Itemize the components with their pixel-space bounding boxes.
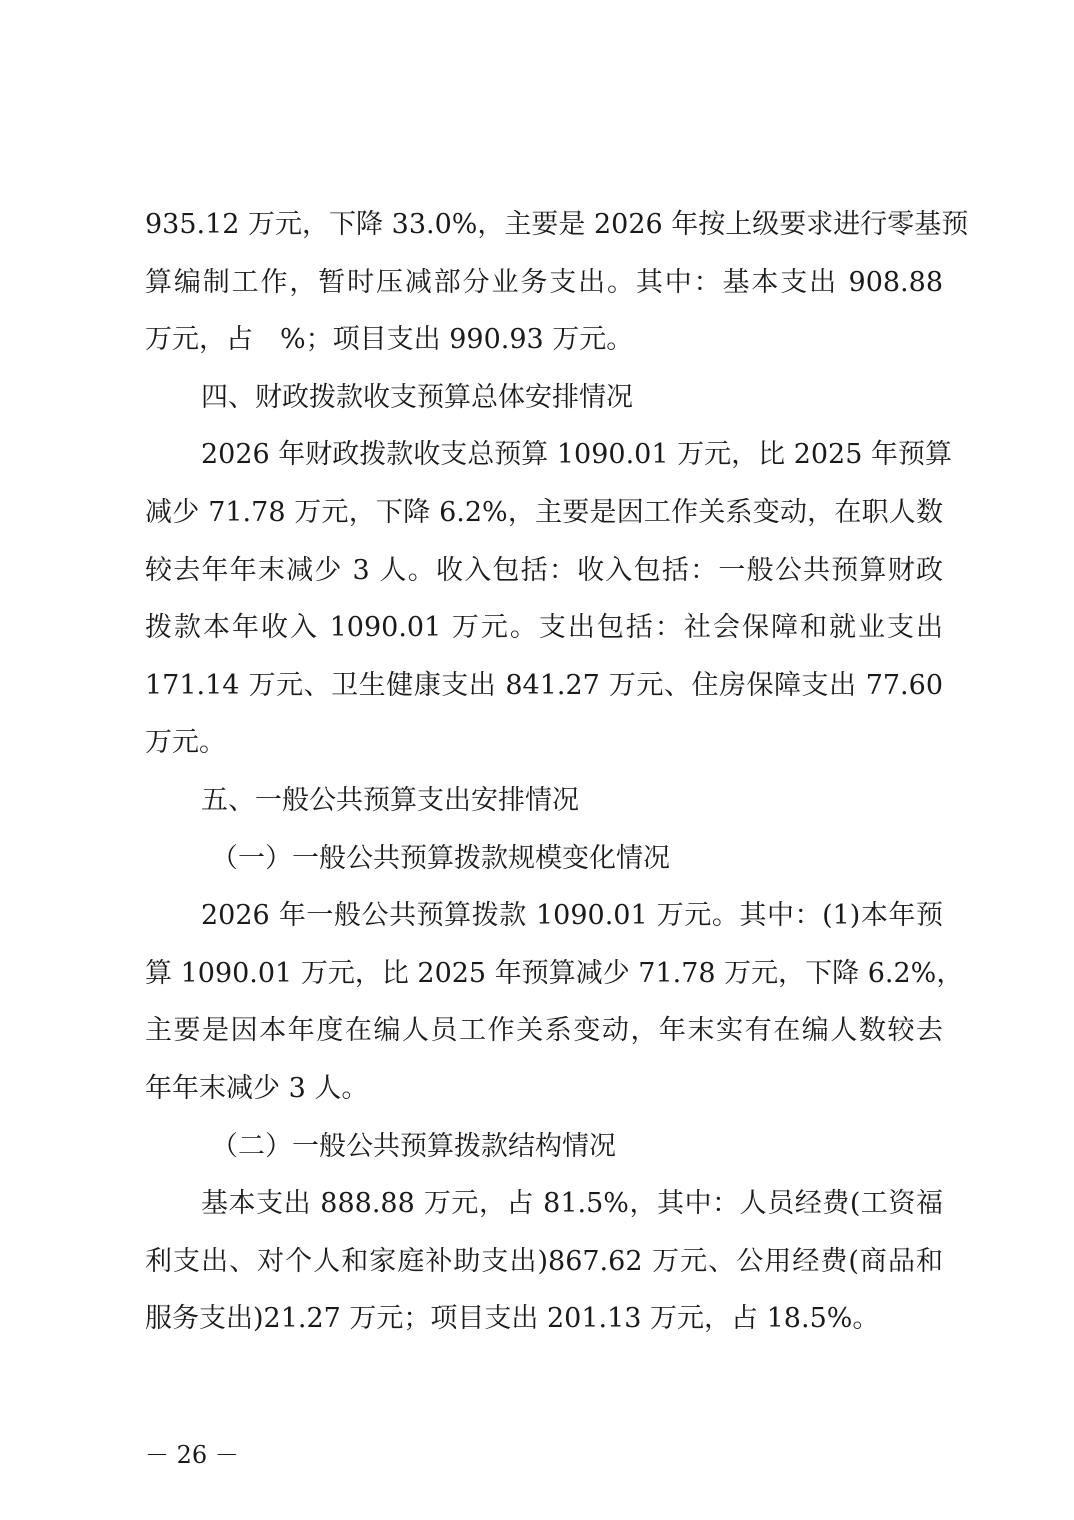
paragraph-line: 服务支出)21.27 万元；项目支出 201.13 万元，占 18.5%。 [145, 1290, 943, 1348]
subsection-heading-1: （一）一般公共预算拨款规模变化情况 [145, 830, 943, 888]
paragraph-line: 2026 年一般公共预算拨款 1090.01 万元。其中：(1)本年预 [145, 887, 943, 945]
paragraph-line: 主要是因本年度在编人员工作关系变动，年末实有在编人数较去 [145, 1002, 943, 1060]
paragraph-line: 算编制工作，暂时压减部分业务支出。其中：基本支出 908.88 [145, 254, 943, 312]
document-page: 935.12 万元，下降 33.0%，主要是 2026 年按上级要求进行零基预 … [0, 0, 1074, 1520]
paragraph-line: 拨款本年收入 1090.01 万元。支出包括：社会保障和就业支出 [145, 599, 943, 657]
subsection-heading-2: （二）一般公共预算拨款结构情况 [145, 1118, 943, 1176]
paragraph-line: 935.12 万元，下降 33.0%，主要是 2026 年按上级要求进行零基预 [145, 196, 943, 254]
paragraph-line: 算 1090.01 万元，比 2025 年预算减少 71.78 万元，下降 6.… [145, 945, 943, 1003]
paragraph-line: 减少 71.78 万元，下降 6.2%，主要是因工作关系变动，在职人数 [145, 484, 943, 542]
paragraph-line: 较去年年末减少 3 人。收入包括：收入包括：一般公共预算财政 [145, 542, 943, 600]
page-number: － 26 － [145, 1438, 239, 1472]
paragraph-line: 利支出、对个人和家庭补助支出)867.62 万元、公用经费(商品和 [145, 1233, 943, 1291]
section-heading-4: 四、财政拨款收支预算总体安排情况 [145, 369, 943, 427]
document-body: 935.12 万元，下降 33.0%，主要是 2026 年按上级要求进行零基预 … [145, 196, 943, 1348]
paragraph-line: 万元，占 %；项目支出 990.93 万元。 [145, 311, 943, 369]
paragraph-line: 2026 年财政拨款收支总预算 1090.01 万元，比 2025 年预算 [145, 426, 943, 484]
paragraph-line: 年年末减少 3 人。 [145, 1060, 943, 1118]
paragraph-line: 基本支出 888.88 万元，占 81.5%，其中：人员经费(工资福 [145, 1175, 943, 1233]
section-heading-5: 五、一般公共预算支出安排情况 [145, 772, 943, 830]
paragraph-line: 万元。 [145, 714, 943, 772]
paragraph-line: 171.14 万元、卫生健康支出 841.27 万元、住房保障支出 77.60 [145, 657, 943, 715]
